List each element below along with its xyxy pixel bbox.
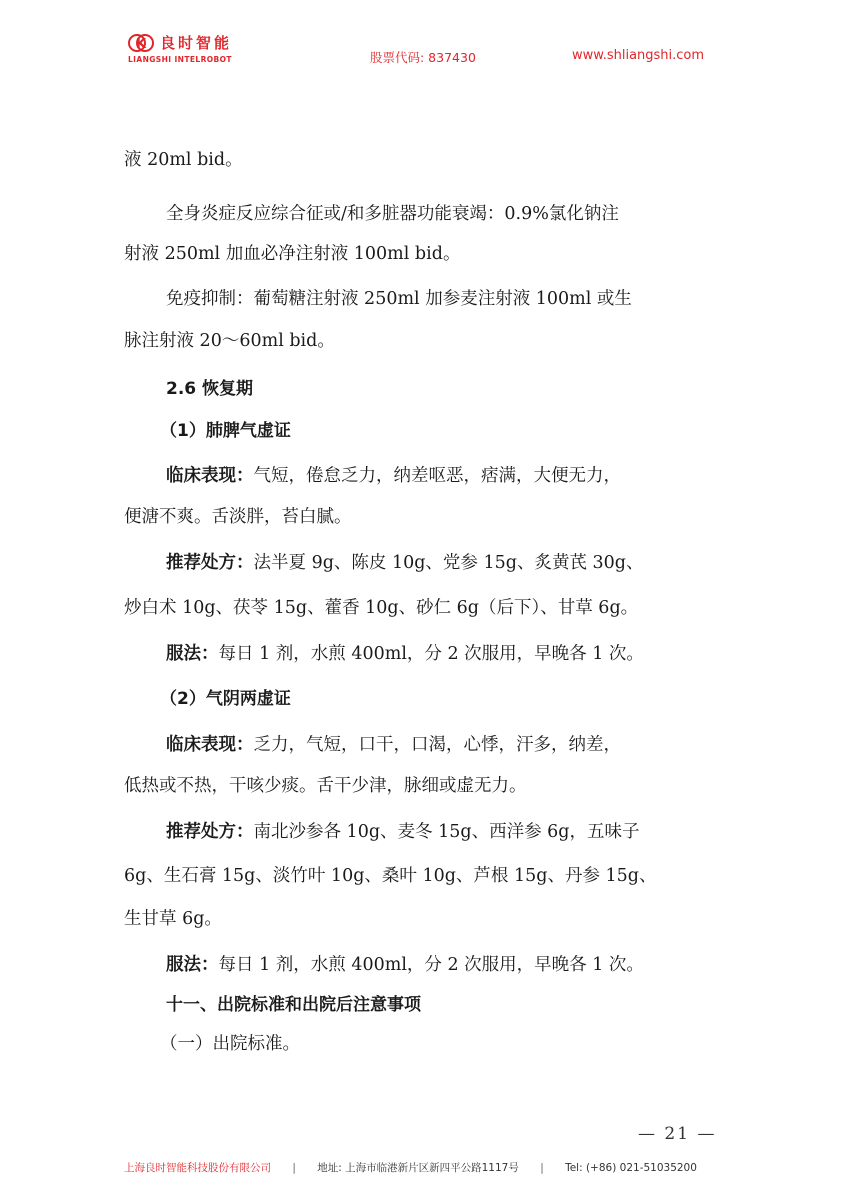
paragraph-line: 脉注射液 20～60ml bid。 [124,327,335,352]
page-header: K 良时智能 LIANGSHI INTELROBOT 股票代码: 837430 … [0,0,848,80]
prescription-line: 推荐处方：南北沙参各 10g、麦冬 15g、西洋参 6g，五味子 [166,818,639,843]
subsection-discharge-criteria: （一）出院标准。 [160,1030,300,1055]
section-heading-2-6: 2.6 恢复期 [166,374,253,399]
clinical-label: 临床表现： [166,466,254,486]
paragraph-line: 液 20ml bid。 [124,146,243,171]
logo-k-icon: K [128,34,158,52]
clinical-label: 临床表现： [166,735,254,755]
usage-line: 服法：每日 1 剂，水煎 400ml，分 2 次服用，早晚各 1 次。 [166,640,644,665]
page-number: — 21 — [638,1124,716,1144]
clinical-line: 便溏不爽。舌淡胖，苔白腻。 [124,503,352,528]
prescription-text: 法半夏 9g、陈皮 10g、党参 15g、炙黄芪 30g、 [254,553,644,573]
clinical-text: 气短，倦怠乏力，纳差呕恶，痞满，大便无力， [254,466,622,486]
footer-tel: Tel: (+86) 021-51035200 [565,1162,697,1174]
subsection-title-2: （2）气阴两虚证 [160,684,291,709]
usage-line: 服法：每日 1 剂，水煎 400ml，分 2 次服用，早晚各 1 次。 [166,951,644,976]
logo-english-name: LIANGSHI INTELROBOT [128,55,232,64]
usage-text: 每日 1 剂，水煎 400ml，分 2 次服用，早晚各 1 次。 [219,955,644,975]
paragraph-line: 免疫抑制：葡萄糖注射液 250ml 加参麦注射液 100ml 或生 [166,285,632,310]
paragraph-line: 射液 250ml 加血必净注射液 100ml bid。 [124,240,460,265]
clinical-line: 临床表现：乏力，气短，口干，口渴，心悸，汗多，纳差， [166,731,621,756]
logo-chinese-name: 良时智能 [160,32,232,53]
footer-separator: | [292,1162,296,1174]
stock-code: 股票代码: 837430 [370,48,476,66]
usage-text: 每日 1 剂，水煎 400ml，分 2 次服用，早晚各 1 次。 [219,644,644,664]
subsection-title-1: （1）肺脾气虚证 [160,416,291,441]
company-logo: K 良时智能 LIANGSHI INTELROBOT [128,32,232,64]
page-footer: 上海良时智能科技股份有限公司 | 地址: 上海市临港新片区新四平公路1117号 … [124,1160,697,1175]
website-link[interactable]: www.shliangshi.com [572,48,704,63]
footer-address: 地址: 上海市临港新片区新四平公路1117号 [317,1162,519,1174]
usage-label: 服法： [166,955,219,975]
prescription-line: 炒白术 10g、茯苓 15g、藿香 10g、砂仁 6g（后下）、甘草 6g。 [124,594,638,619]
clinical-line: 临床表现：气短，倦怠乏力，纳差呕恶，痞满，大便无力， [166,462,621,487]
clinical-line: 低热或不热，干咳少痰。舌干少津，脉细或虚无力。 [124,772,527,797]
footer-separator: | [540,1162,544,1174]
prescription-label: 推荐处方： [166,553,254,573]
paragraph-line: 全身炎症反应综合征或/和多脏器功能衰竭：0.9%氯化钠注 [166,200,619,225]
prescription-text: 南北沙参各 10g、麦冬 15g、西洋参 6g，五味子 [254,822,640,842]
svg-text:K: K [136,37,147,52]
prescription-line: 6g、生石膏 15g、淡竹叶 10g、桑叶 10g、芦根 15g、丹参 15g、 [124,862,657,887]
prescription-line: 推荐处方：法半夏 9g、陈皮 10g、党参 15g、炙黄芪 30g、 [166,549,644,574]
footer-company: 上海良时智能科技股份有限公司 [124,1162,271,1174]
clinical-text: 乏力，气短，口干，口渴，心悸，汗多，纳差， [254,735,622,755]
prescription-line: 生甘草 6g。 [124,905,222,930]
prescription-label: 推荐处方： [166,822,254,842]
usage-label: 服法： [166,644,219,664]
section-heading-11: 十一、出院标准和出院后注意事项 [166,990,421,1015]
